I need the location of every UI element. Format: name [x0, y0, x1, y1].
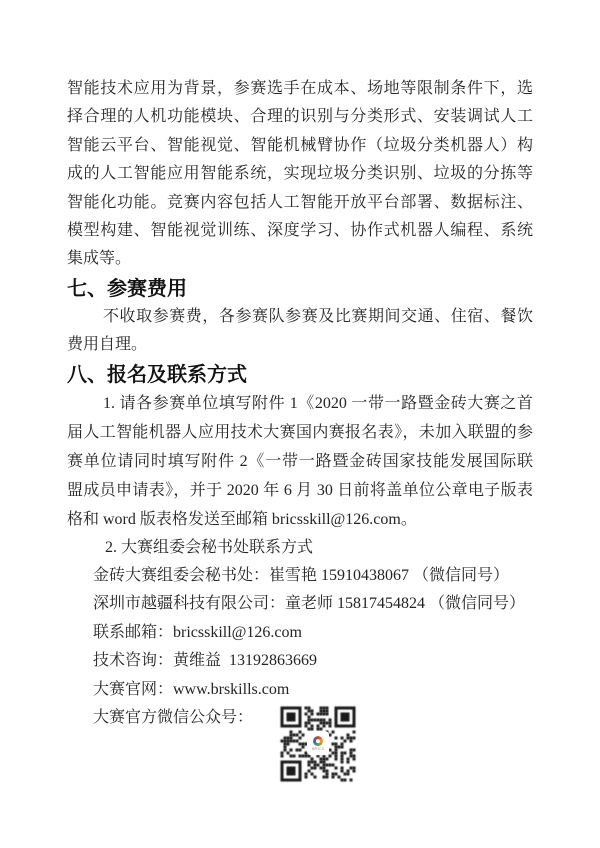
document-body: 智能技术应用为背景，参赛选手在成本、场地等限制条件下，选择合理的人机功能模块、合… [0, 0, 600, 783]
registration-item1-paragraph: 1. 请各参赛单位填写附件 1《2020 一带一路暨金砖大赛之首届人工智能机器人… [67, 389, 533, 534]
registration-text-line: 格和 word 版表格发送至邮箱 bricsskill@126.com。 [67, 505, 533, 534]
intro-text-line: 智能技术应用为背景，参赛选手在成本、场地等限制条件下，选 [67, 75, 533, 103]
intro-text-line: 择合理的人机功能模块、合理的识别与分类形式、安装调试人工 [67, 103, 533, 131]
section-heading-fees: 七、参赛费用 [67, 275, 533, 303]
qr-logo-text: BRICS [312, 747, 324, 751]
contact-line: 技术咨询：黄维益 13192863669 [67, 647, 533, 675]
intro-text-line: 成的人工智能应用智能系统，实现垃圾分类识别、垃圾的分拣等 [67, 160, 533, 188]
registration-item2-heading: 2. 大赛组委会秘书处联系方式 [67, 534, 533, 562]
contact-line: 金砖大赛组委会秘书处：崔雪艳 15910438067 （微信同号） [67, 562, 533, 590]
registration-text-line: 1. 请各参赛单位填写附件 1《2020 一带一路暨金砖大赛之首 [67, 389, 533, 418]
intro-text-line: 模型构建、智能视觉训练、深度学习、协作式机器人编程、系统 [67, 217, 533, 245]
intro-text-line: 集成等。 [67, 245, 533, 273]
wechat-qr-code: BRICS [279, 705, 357, 783]
intro-text-line: 智能云平台、智能视觉、智能机械臂协作（垃圾分类机器人）构 [67, 132, 533, 160]
contact-line: 大赛官网：www.brskills.com [67, 676, 533, 704]
fees-text-line: 不收取参赛费，各参赛队参赛及比赛期间交通、住宿、餐饮 [67, 303, 533, 331]
qr-center-logo: BRICS [308, 732, 328, 754]
intro-text-line: 智能化功能。竞赛内容包括人工智能开放平台部署、数据标注、 [67, 189, 533, 217]
contact-line: 联系邮箱：bricsskill@126.com [67, 619, 533, 647]
intro-paragraph: 智能技术应用为背景，参赛选手在成本、场地等限制条件下，选择合理的人机功能模块、合… [67, 75, 533, 274]
registration-text-line: 届人工智能机器人应用技术大赛国内赛报名表》，未加入联盟的参 [67, 418, 533, 447]
qr-row: 大赛官方微信公众号： BRICS [67, 704, 533, 783]
contact-list: 金砖大赛组委会秘书处：崔雪艳 15910438067 （微信同号）深圳市越疆科技… [67, 562, 533, 704]
fees-paragraph: 不收取参赛费，各参赛队参赛及比赛期间交通、住宿、餐饮费用自理。 [67, 303, 533, 360]
registration-text-line: 盟成员申请表》，并于 2020 年 6 月 30 日前将盖单位公章电子版表 [67, 476, 533, 505]
fees-text-line: 费用自理。 [67, 331, 533, 359]
registration-text-line: 赛单位请同时填写附件 2《一带一路暨金砖国家技能发展国际联 [67, 447, 533, 476]
contact-line: 深圳市越疆科技有限公司：童老师 15817454824 （微信同号） [67, 590, 533, 618]
document-page: 智能技术应用为背景，参赛选手在成本、场地等限制条件下，选择合理的人机功能模块、合… [0, 0, 600, 848]
brics-ring-icon [313, 736, 323, 746]
section-heading-registration: 八、报名及联系方式 [67, 361, 533, 389]
qr-label: 大赛官方微信公众号： [67, 704, 253, 732]
